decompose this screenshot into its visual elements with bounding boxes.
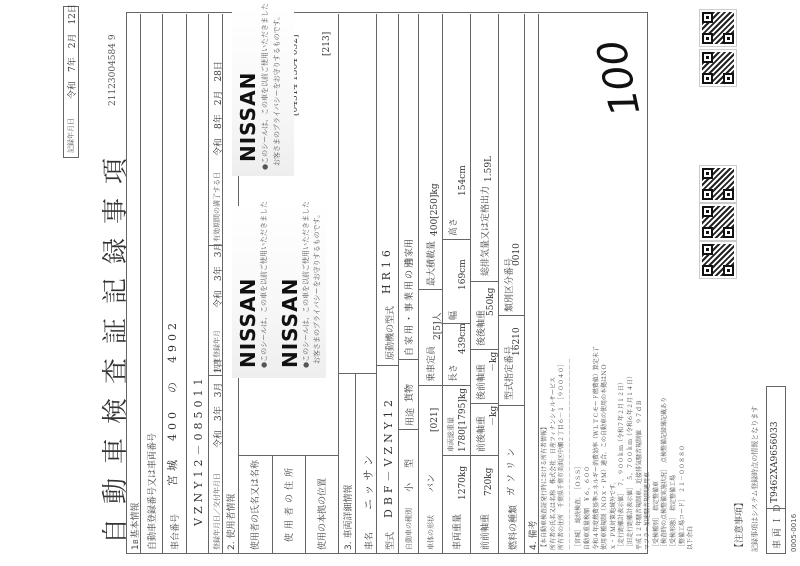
qr-code [700,204,736,240]
privacy-sticker: NISSAN ●このシールは、この車を以前ご使用いただきました [232,206,280,378]
vehicle-details-section-label: 3. 車両詳細情報 [341,485,354,550]
serial-number: 21123004584 9 [108,34,118,106]
vehicle-type-label: 自動車の種別 [404,508,414,550]
width-label: 幅 [446,311,459,320]
vehicle-type-value: 小 型 [402,456,415,492]
record-date-value: 令和 7年 2月 12日 [65,4,78,99]
basic-info-section-label: 1. 基本情報 [128,503,141,550]
front-axle-label: 前前軸重 [478,514,491,550]
chassis-value: VZNY12－085011 [190,375,206,526]
rear-axle-value: 550kg [486,288,496,316]
reg-date-label: 登録年月日／交付年月日 [212,473,222,550]
gross-weight-value: 1780[1795]kg [458,388,468,452]
user-info-section-label: 2. 使用者情報 [224,494,237,550]
record-date-box: 記録年月日 令和 7年 2月 12日 [63,6,79,158]
registration-label: 自動車登録番号又は車両番号 [145,433,158,550]
nissan-logo: NISSAN [278,278,302,368]
height-value: 154cm [458,165,468,196]
chassis-label: 車台番号 [168,514,181,550]
displacement-value: 1.59L [484,156,494,182]
qr-code [700,10,736,46]
engine-label: 原動機の型式 [383,306,396,360]
length-value: 439cm [458,323,468,354]
model-label: 型式 [383,532,396,550]
nissan-logo: NISSAN [236,72,260,162]
privacy-sticker: NISSAN ●このシールは、この車を以前ご使用いただきました お客さまのプライ… [274,206,326,378]
user-name-label: 使用者の氏名又は名称 [248,460,261,550]
type-designation-value: 16210 [512,327,522,356]
maker-value: ニッサン [360,451,376,510]
user-address-label: 使用者の住所 [282,464,295,542]
nissan-logo: NISSAN [236,278,260,368]
inspection-record-sheet: B 自動車検査証記録事項 記録年月日 令和 7年 2月 12日 21123004… [0,0,800,566]
displacement-label: 総排気量又は定格出力 [478,186,491,276]
base-code: [213] [322,32,332,56]
capacity-label: 乗車定員 [424,346,437,382]
body-shape-value: バン [424,474,437,492]
purpose-label: 自家用・事業用の別 [402,257,415,356]
notes-text: 記録事項はシステム登録時点の情報となります [750,406,760,552]
maker-label: 車名 [362,532,375,550]
purpose-value: 自家用 [402,239,415,266]
category-value: 0010 [512,243,522,266]
qr-code [700,242,736,278]
record-date-label: 記録年月日 [66,118,76,153]
remarks-text: 【本自動車検査証発行時における所有者情報】 所有者の氏名又は名称 株式会社 日産… [541,346,696,550]
first-reg-label: 初度登録年月 [212,330,222,372]
length-label: 長さ [446,364,459,382]
use-value: 貨物 [402,384,415,402]
use-label: 用途 [403,408,416,426]
category-label: 類別区分番号 [502,258,515,312]
fuel-value: ガソリン [504,444,517,496]
front-axle-value: 720kg [484,468,494,496]
engine-value: HR16 [380,246,393,294]
footer-code: 0005-0016 [790,514,798,552]
expiry-label: 有効期間の満了する日 [212,172,222,242]
base-location-label: 使用の本拠の位置 [315,478,328,550]
registration-value: 宮城 400 の 4902 [164,319,180,486]
height-label: 高さ [446,218,459,236]
vehicle-weight-value: 1270kg [458,466,468,500]
model-value: DBF－VZNY12 [380,396,396,518]
fuel-label: 燃料の種類 [506,505,519,550]
privacy-sticker: NISSAN ●このシールは、この車を以前ご使用いただきました お客さまのプライ… [232,6,294,176]
qr-code [700,50,736,86]
body-shape-label: 車体の形状 [426,515,436,550]
width-value: 169cm [458,259,468,290]
vehicle-id-value: T9462XA9656033 [770,421,780,503]
use-code: [021] [430,408,440,432]
gross-weight-label: 車両総重量 [446,417,456,452]
vehicle-id-box: 車両ＩＤ T9462XA9656033 [766,386,786,554]
vehicle-weight-label: 車両重量 [450,514,463,550]
qr-code [700,166,736,202]
max-load-value: 400[250]kg [430,183,440,236]
max-load-label: 最大積載量 [424,241,437,286]
notes-label: 【注意事項】 [732,498,745,552]
